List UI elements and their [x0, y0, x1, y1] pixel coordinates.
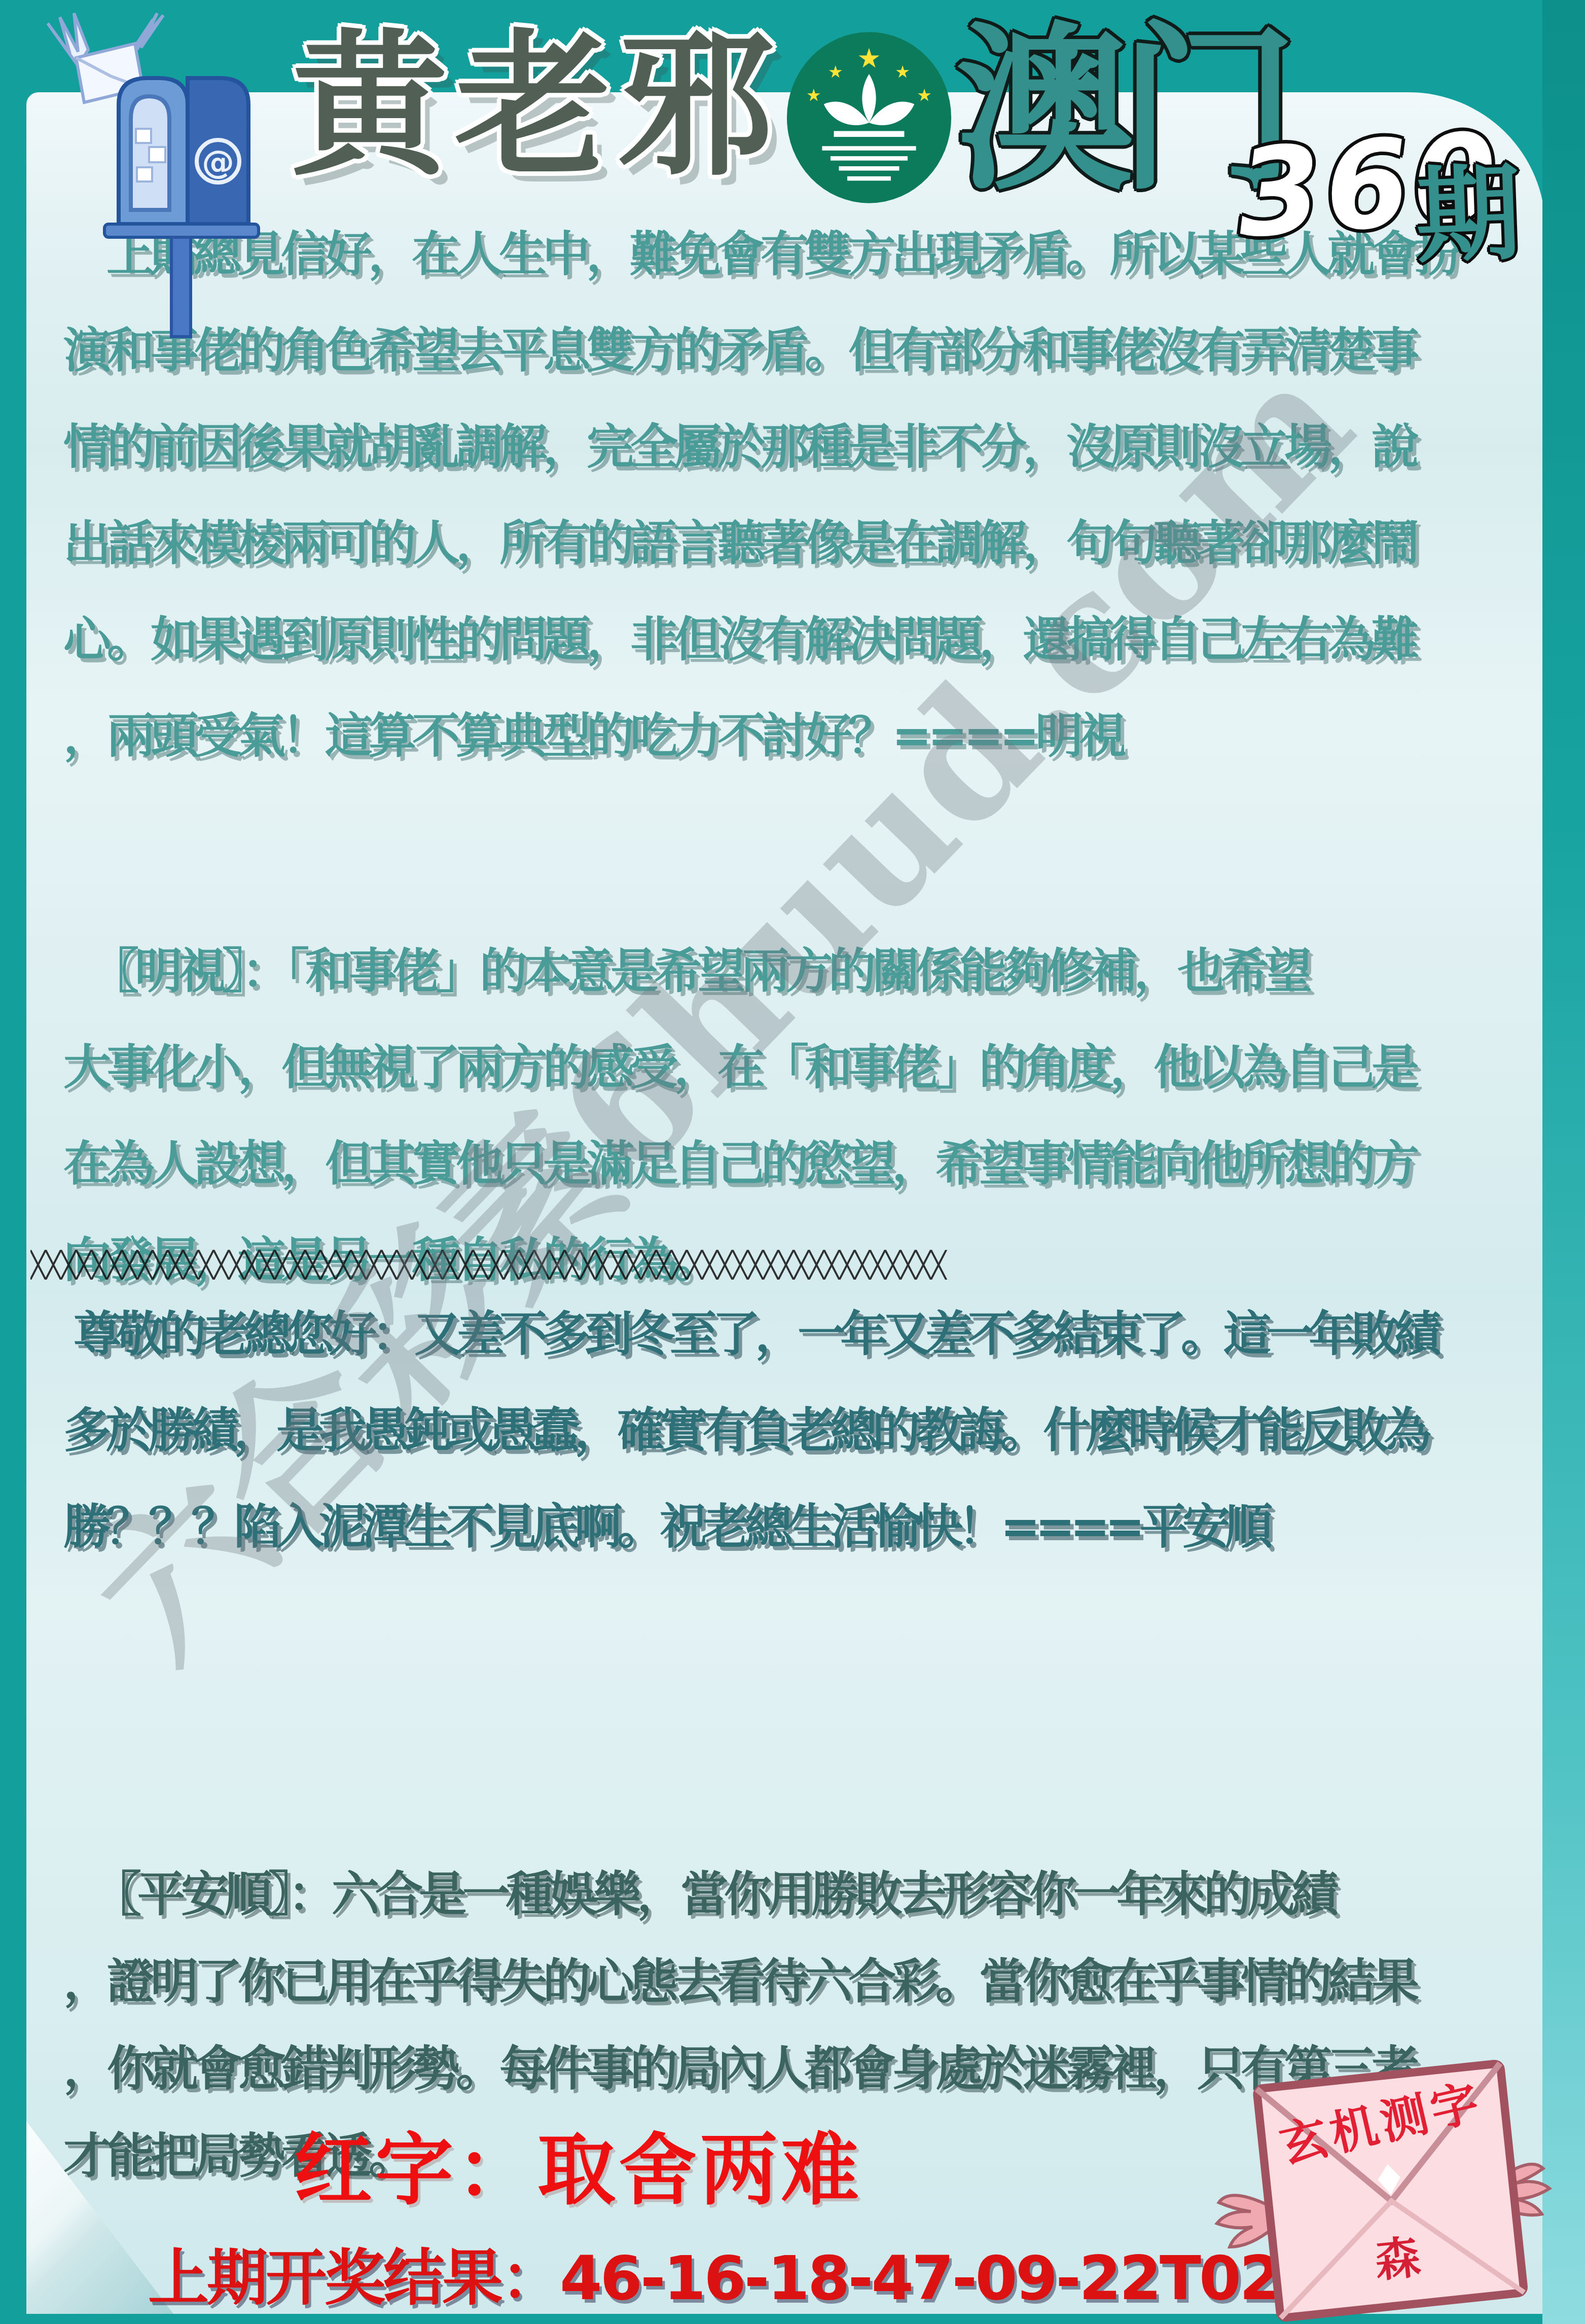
- right-border-band: [1542, 0, 1585, 2324]
- text-line: ，證明了你已用在乎得失的心態去看待六合彩。當你愈在乎事情的結果: [63, 1939, 1536, 2026]
- letter-2-text: 尊敬的老總您好：又差不多到冬至了，一年又差不多結束了。這一年敗績 多於勝績，是我…: [63, 1287, 1536, 1576]
- macau-lotus-logo: ★ ★ ★ ★ ★: [785, 30, 953, 205]
- page: @ 黄老邪 ★ ★ ★ ★ ★ 澳门 360 期 上貼總見信好，在人生中，難免會…: [0, 0, 1585, 2324]
- mailbox-icon: @: [40, 7, 261, 342]
- text-line: 在為人設想，但其實他只是滿足自己的慾望，希望事情能向他所想的方: [63, 1116, 1536, 1213]
- last-draw-result: 上期开奖结果：46-16-18-47-09-22T02龙: [148, 2230, 1339, 2317]
- svg-text:★: ★: [895, 62, 910, 82]
- svg-text:★: ★: [828, 62, 843, 82]
- svg-text:★: ★: [857, 43, 881, 74]
- mailbox-body: @: [104, 78, 259, 337]
- issue-suffix: 期: [1413, 129, 1523, 282]
- text-line: 大事化小，但無視了兩方的感受，在「和事佬」的角度，他以為自己是: [63, 1020, 1536, 1116]
- text-line: 演和事佬的角色希望去平息雙方的矛盾。但有部分和事佬沒有弄清楚事: [63, 303, 1536, 400]
- text-line: ，兩頭受氣！這算不算典型的吃力不討好？====明視: [63, 688, 1536, 785]
- svg-text:★: ★: [917, 85, 932, 105]
- stamp-seal: 森: [1373, 2231, 1423, 2288]
- text-line: 心。如果遇到原則性的問題，非但沒有解決問題，還搞得自己左右為難: [63, 592, 1536, 688]
- svg-text:★: ★: [806, 85, 821, 105]
- winged-letter-stamp-icon: 玄机测字 森: [1204, 2057, 1559, 2324]
- text-line: 〖明視〗：「和事佬」的本意是希望兩方的關係能夠修補，也希望: [63, 924, 1536, 1020]
- text-line: 勝？？？陷入泥潭生不見底啊。祝老總生活愉快！====平安順: [63, 1479, 1536, 1576]
- stitch-divider: ╳╳╳╳╳╳╳╳╳╳╳╳╳╳╳╳╳╳╳╳╳╳╳╳╳╳╳╳╳╳╳╳╳╳╳╳╳╳╳╳…: [30, 1241, 1541, 1289]
- text-line: 情的前因後果就胡亂調解，完全屬於那種是非不分，沒原則沒立場，說: [63, 400, 1536, 496]
- text-line: 出話來模棱兩可的人，所有的語言聽著像是在調解，句句聽著卻那麼鬧: [63, 496, 1536, 592]
- red-word-hint: 红字：取舍两难: [294, 2108, 862, 2220]
- letter-1-text: 上貼總見信好，在人生中，難免會有雙方出現矛盾。所以某些人就會扮 演和事佬的角色希…: [63, 207, 1536, 785]
- text-line: 多於勝績，是我愚鈍或愚蠢，確實有負老總的教誨。什麼時候才能反敗為: [63, 1383, 1536, 1479]
- text-line: 〖平安順〗：六合是一種娛樂，當你用勝敗去形容你一年來的成績: [63, 1851, 1536, 1939]
- page-title: 黄老邪: [292, 24, 781, 188]
- svg-text:@: @: [202, 144, 234, 181]
- region-title: 澳门: [956, 17, 1282, 205]
- text-line: 尊敬的老總您好：又差不多到冬至了，一年又差不多結束了。這一年敗績: [63, 1287, 1536, 1383]
